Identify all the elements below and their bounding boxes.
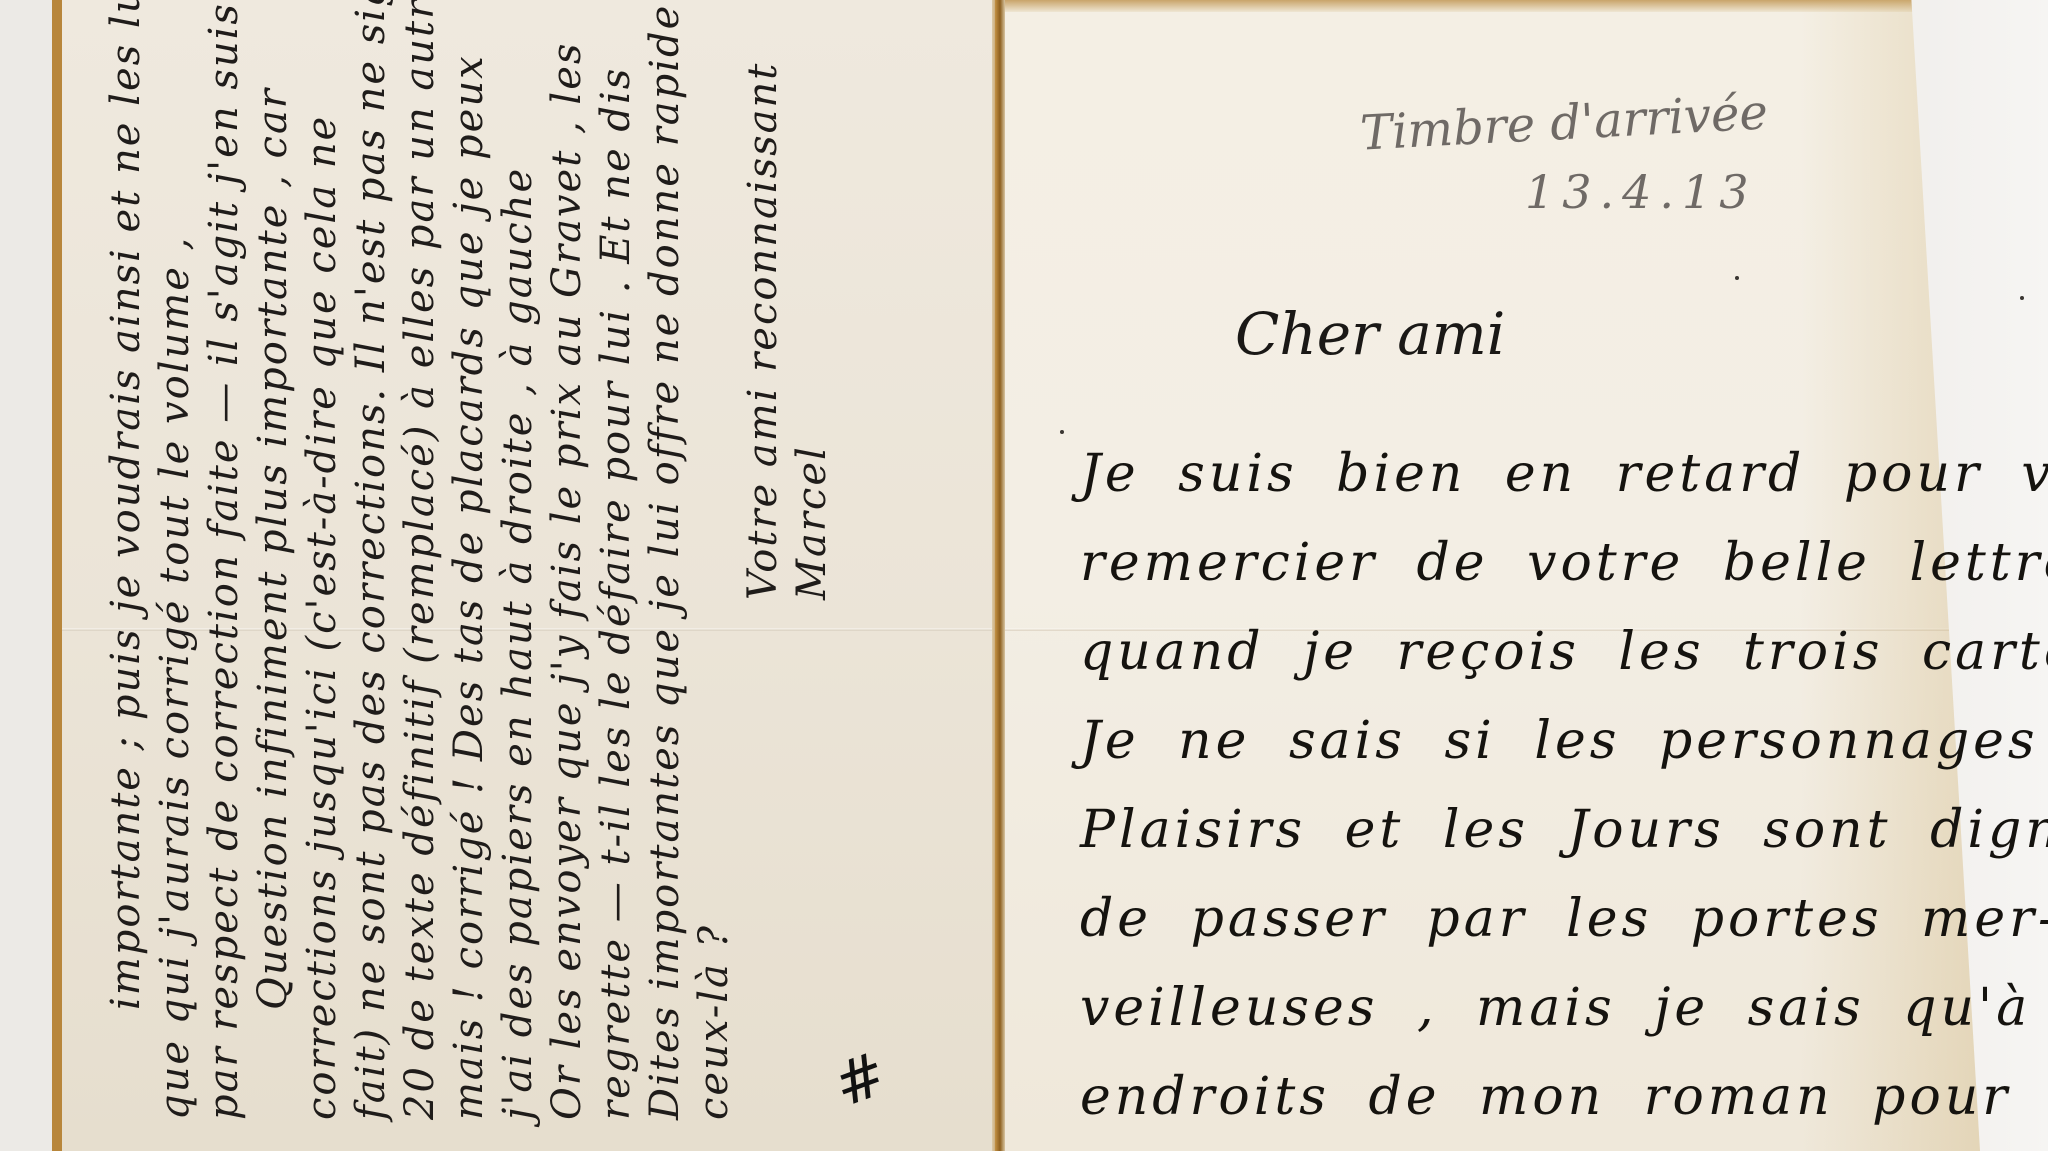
- handwritten-line: remercier de votre belle lettre: [1080, 519, 1960, 608]
- ink-speck: [2020, 296, 2024, 300]
- page-spine-edge: [995, 0, 1005, 1151]
- handwritten-line: Je suis bien en retard pour vous: [1080, 430, 1960, 519]
- handwritten-line: par respect de correction faite — il s'a…: [200, 10, 249, 1120]
- handwritten-line: fait) ne sont pas des corrections. Il n'…: [347, 10, 396, 1120]
- closing-line: Votre ami reconnaissant: [739, 10, 788, 1120]
- handwritten-line: 20 de texte définitif (remplacé) à elles…: [396, 10, 445, 1120]
- handwritten-line: j'ai des papiers en haut à droite , à ga…: [494, 10, 543, 1120]
- handwritten-line: de passer par les portes mer-: [1080, 875, 1960, 964]
- letter-page-left: importante ; puis je voudrais ainsi et n…: [52, 0, 1000, 1151]
- handwritten-line: que qui j'aurais corrigé tout le volume …: [151, 10, 200, 1120]
- signature: Marcel: [788, 10, 837, 1120]
- handwritten-line: endroits de mon roman pour: [1080, 1053, 1960, 1142]
- handwritten-line: Dites importantes que je lui offre ne do…: [641, 10, 690, 1120]
- handwritten-line: corrections jusqu'ici (c'est-à-dire que …: [298, 10, 347, 1120]
- handwritten-line: importante ; puis je voudrais ainsi et n…: [102, 10, 151, 1120]
- handwritten-line: ceux-là ?: [690, 10, 739, 1120]
- handwritten-line: Or les envoyer que j'y fais le prix au G…: [543, 10, 592, 1120]
- handwritten-line: Je ne sais si les personnages des: [1080, 697, 1960, 786]
- ink-speck: [1060, 430, 1064, 434]
- left-page-handwriting: importante ; puis je voudrais ainsi et n…: [102, 10, 837, 1120]
- ink-speck: [1735, 276, 1739, 280]
- handwritten-line: regrette — t-il les le défaire pour lui …: [592, 10, 641, 1120]
- pencil-date: 13.4.13: [1525, 165, 1757, 219]
- handwritten-line: quand je reçois les trois cartes.: [1080, 608, 1960, 697]
- handwritten-line: Question infiniment plus importante , ca…: [249, 10, 298, 1120]
- right-page-handwriting: Je suis bien en retard pour vous remerci…: [1080, 430, 1960, 1142]
- handwritten-line: mais ! corrigé ! Des tas de placards que…: [445, 10, 494, 1120]
- handwritten-line: veilleuses , mais je sais qu'à 2: [1080, 964, 1960, 1053]
- handwritten-line: Plaisirs et les Jours sont dignes: [1080, 786, 1960, 875]
- letter-greeting: Cher ami: [1235, 300, 1505, 368]
